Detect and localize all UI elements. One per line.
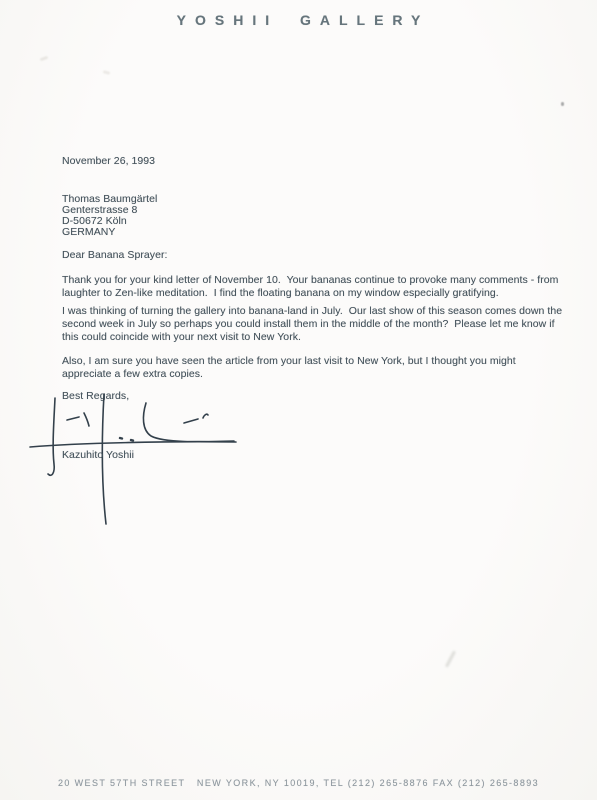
scan-speck <box>561 102 564 106</box>
body-paragraph-2: I was thinking of turning the gallery in… <box>62 305 562 344</box>
recipient-country: GERMANY <box>62 227 157 238</box>
gallery-letterhead: YOSHII GALLERY <box>0 12 597 30</box>
closing: Best Regards, <box>62 390 129 403</box>
body-line: this could coincide with your next visit… <box>62 331 562 344</box>
signer-name: Kazuhito Yoshii <box>62 449 134 462</box>
footer-address: 20 WEST 57TH STREET NEW YORK, NY 10019, … <box>0 778 597 788</box>
letter-date: November 26, 1993 <box>62 155 155 168</box>
recipient-address: Thomas Baumgärtel Genterstrasse 8 D-5067… <box>62 194 157 238</box>
scan-smudge <box>103 70 111 75</box>
body-line: Also, I am sure you have seen the articl… <box>62 355 516 368</box>
body-paragraph-3: Also, I am sure you have seen the articl… <box>62 355 516 381</box>
body-paragraph-1: Thank you for your kind letter of Novemb… <box>62 274 558 300</box>
scan-streak <box>445 650 456 667</box>
scan-smudge <box>40 56 49 62</box>
body-line: second week in July so perhaps you could… <box>62 318 562 331</box>
signature-handwriting-icon <box>28 390 248 528</box>
letter-page: YOSHII GALLERY November 26, 1993 Thomas … <box>0 0 597 800</box>
body-line: laughter to Zen-like meditation. I find … <box>62 287 558 300</box>
gallery-name: YOSHII GALLERY <box>168 12 430 28</box>
salutation: Dear Banana Sprayer: <box>62 249 167 262</box>
body-line: appreciate a few extra copies. <box>62 368 516 381</box>
body-line: Thank you for your kind letter of Novemb… <box>62 274 558 287</box>
body-line: I was thinking of turning the gallery in… <box>62 305 562 318</box>
